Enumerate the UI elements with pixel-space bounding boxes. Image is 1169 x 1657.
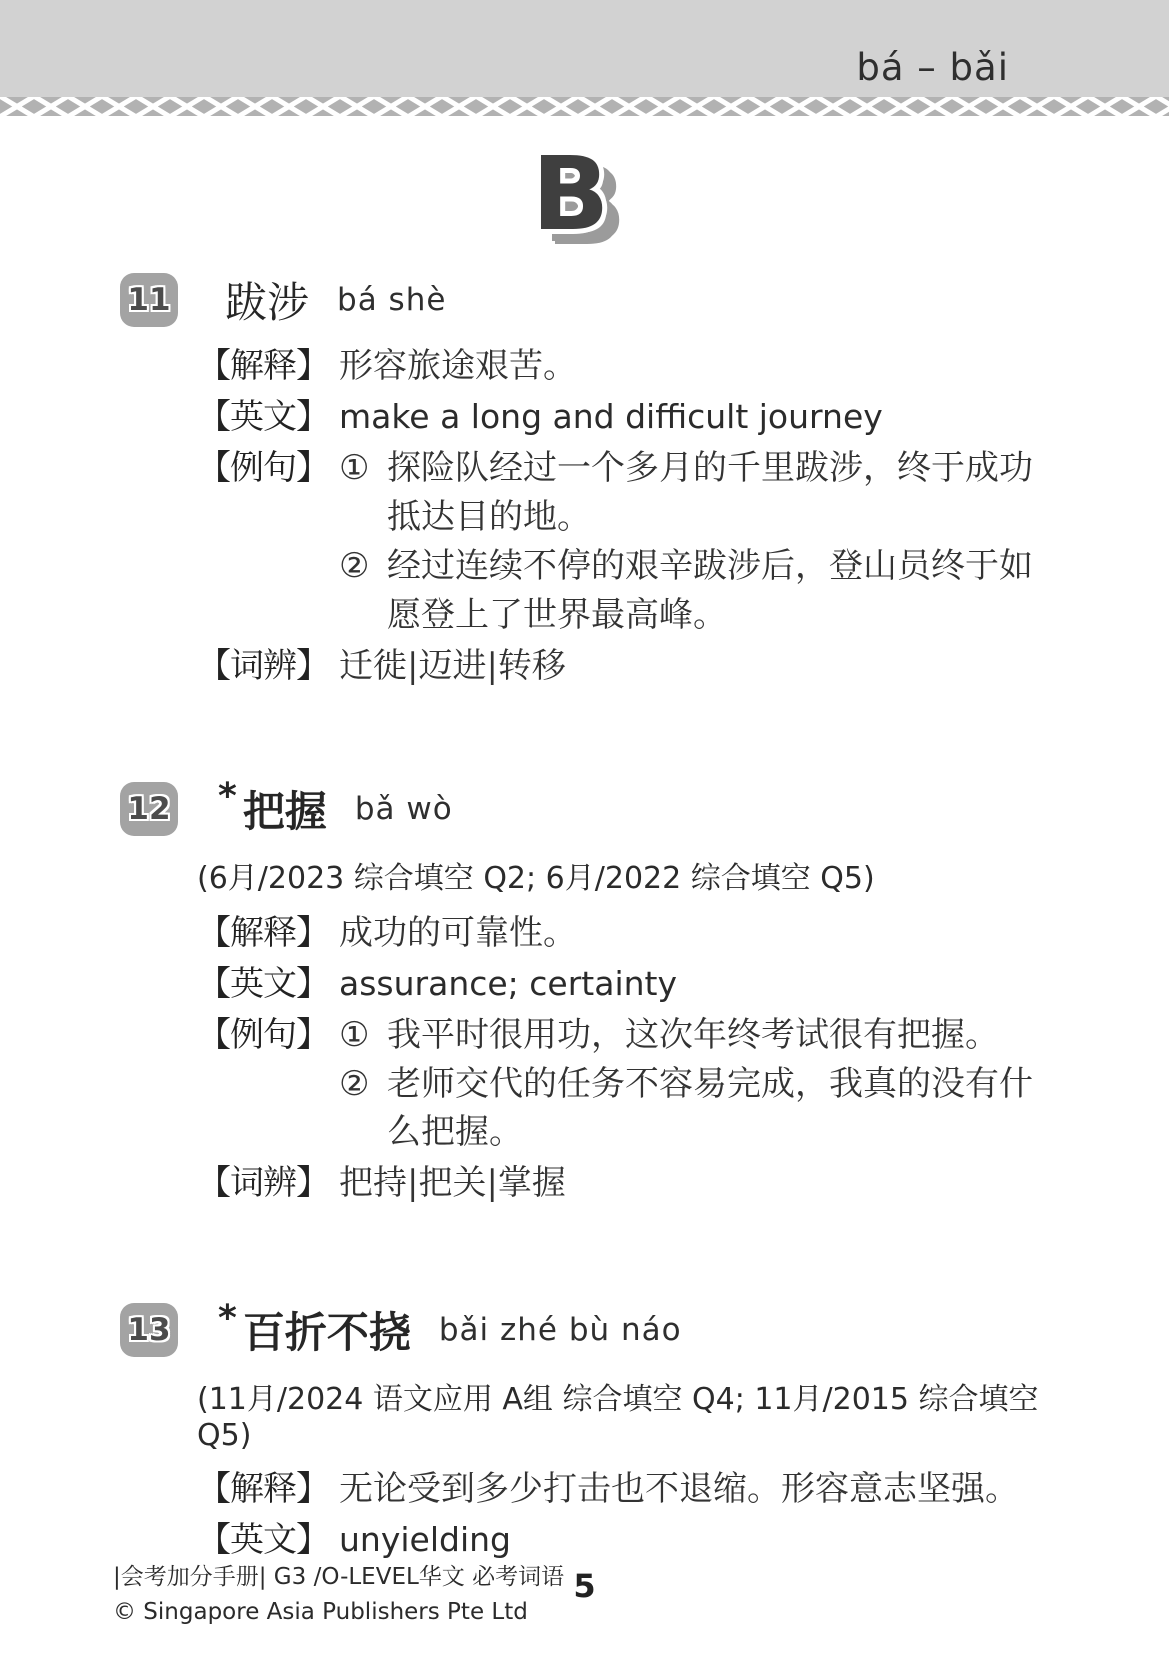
headword-pinyin: bǎ wò: [355, 791, 453, 827]
headword: 把握: [243, 779, 327, 839]
entry-12-header: 12 * 把握 bǎ wò: [120, 779, 1050, 839]
example-text: 我平时很用功，这次年终考试很有把握。: [387, 1011, 1050, 1060]
pinyin-range-label: bá – bǎi: [856, 46, 1009, 89]
explanation-row: 【解释】 形容旅途艰苦。: [197, 342, 1050, 391]
entry-11-header: 11 跋涉 bá shè: [120, 270, 1050, 330]
explanation-text: 成功的可靠性。: [339, 909, 1050, 958]
entry-13-body: 【解释】 无论受到多少打击也不退缩。形容意志坚强。 【英文】 unyieldin…: [197, 1465, 1050, 1565]
english-text: assurance; certainty: [339, 960, 1050, 1008]
page-number: 5: [0, 1567, 1169, 1605]
lattice-border-pattern: [0, 97, 1169, 116]
explanation-label: 【解释】: [197, 909, 329, 958]
explanation-text: 无论受到多少打击也不退缩。形容意志坚强。: [339, 1465, 1050, 1514]
entry-12: 12 * 把握 bǎ wò (6月/2023 综合填空 Q2; 6月/2022 …: [120, 779, 1050, 1209]
entry-13: 13 * 百折不挠 bǎi zhé bù náo (11月/2024 语文应用 …: [120, 1300, 1050, 1565]
headword: 百折不挠: [243, 1300, 411, 1360]
english-label: 【英文】: [197, 1516, 329, 1565]
section-letter-main: B: [501, 144, 641, 246]
compare-row: 【词辨】 迁徙|迈进|转移: [197, 642, 1050, 691]
example-marker: ②: [339, 542, 387, 591]
explanation-row: 【解释】 无论受到多少打击也不退缩。形容意志坚强。: [197, 1465, 1050, 1514]
entry-11-body: 【解释】 形容旅途艰苦。 【英文】 make a long and diffic…: [197, 342, 1050, 691]
entry-13-header: 13 * 百折不挠 bǎi zhé bù náo: [120, 1300, 1050, 1360]
entry-number-badge: 13: [120, 1303, 178, 1357]
english-row: 【英文】 assurance; certainty: [197, 960, 1050, 1009]
headword: 跋涉: [225, 270, 309, 330]
section-letter: B B: [501, 144, 641, 264]
example-label: 【例句】: [197, 1011, 329, 1060]
explanation-label: 【解释】: [197, 1465, 329, 1514]
headword-pinyin: bǎi zhé bù náo: [439, 1312, 682, 1348]
entry-11: 11 跋涉 bá shè 【解释】 形容旅途艰苦。 【英文】 make a lo…: [120, 270, 1050, 691]
compare-text: 迁徙|迈进|转移: [339, 642, 1050, 691]
example-text: 探险队经过一个多月的千里跋涉，终于成功抵达目的地。: [387, 444, 1050, 542]
compare-label: 【词辨】: [197, 1159, 329, 1208]
example-item: ② 老师交代的任务不容易完成，我真的没有什么把握。: [339, 1060, 1050, 1158]
example-marker: ①: [339, 1011, 387, 1060]
example-item: ② 经过连续不停的艰辛跋涉后，登山员终于如愿登上了世界最高峰。: [339, 542, 1050, 640]
headword-star: *: [218, 1298, 237, 1339]
example-list: ① 探险队经过一个多月的千里跋涉，终于成功抵达目的地。 ② 经过连续不停的艰辛跋…: [339, 444, 1050, 640]
entry-12-body: 【解释】 成功的可靠性。 【英文】 assurance; certainty 【…: [197, 909, 1050, 1209]
english-label: 【英文】: [197, 960, 329, 1009]
example-marker: ②: [339, 1060, 387, 1109]
example-text: 经过连续不停的艰辛跋涉后，登山员终于如愿登上了世界最高峰。: [387, 542, 1050, 640]
english-row: 【英文】 unyielding: [197, 1516, 1050, 1565]
english-label: 【英文】: [197, 393, 329, 442]
header-bar: bá – bǎi: [0, 0, 1169, 97]
english-text: unyielding: [339, 1516, 1050, 1564]
example-text: 老师交代的任务不容易完成，我真的没有什么把握。: [387, 1060, 1050, 1158]
explanation-row: 【解释】 成功的可靠性。: [197, 909, 1050, 958]
explanation-label: 【解释】: [197, 342, 329, 391]
explanation-text: 形容旅途艰苦。: [339, 342, 1050, 391]
exam-reference: (11月/2024 语文应用 A组 综合填空 Q4; 11月/2015 综合填空…: [197, 1374, 1050, 1453]
example-row: 【例句】 ① 探险队经过一个多月的千里跋涉，终于成功抵达目的地。 ② 经过连续不…: [197, 444, 1050, 640]
example-item: ① 我平时很用功，这次年终考试很有把握。: [339, 1011, 1050, 1060]
english-text: make a long and difficult journey: [339, 393, 1050, 441]
compare-label: 【词辨】: [197, 642, 329, 691]
entry-number-badge: 11: [120, 273, 178, 327]
english-row: 【英文】 make a long and difficult journey: [197, 393, 1050, 442]
headword-star: *: [218, 776, 237, 817]
exam-reference: (6月/2023 综合填空 Q2; 6月/2022 综合填空 Q5): [197, 853, 1050, 897]
example-label: 【例句】: [197, 444, 329, 493]
headword-pinyin: bá shè: [337, 282, 446, 318]
example-row: 【例句】 ① 我平时很用功，这次年终考试很有把握。 ② 老师交代的任务不容易完成…: [197, 1011, 1050, 1158]
compare-row: 【词辨】 把持|把关|掌握: [197, 1159, 1050, 1208]
example-item: ① 探险队经过一个多月的千里跋涉，终于成功抵达目的地。: [339, 444, 1050, 542]
example-marker: ①: [339, 444, 387, 493]
example-list: ① 我平时很用功，这次年终考试很有把握。 ② 老师交代的任务不容易完成，我真的没…: [339, 1011, 1050, 1158]
compare-text: 把持|把关|掌握: [339, 1159, 1050, 1208]
entry-number-badge: 12: [120, 782, 178, 836]
